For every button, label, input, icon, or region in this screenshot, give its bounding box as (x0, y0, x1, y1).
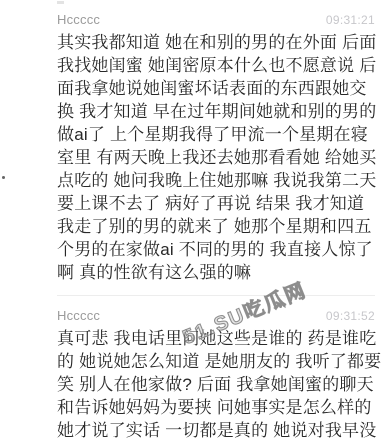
message-text-line: 笑 别人在他家做? 后面 我拿她闺蜜的聊天 (57, 373, 375, 396)
message-text-line: 换 我才知道 早在过年期间她就和别的男的 (57, 100, 375, 123)
chat-history-screen: Hccccc09:31:21其实我都知道 她在和别的男的在外面 后面我找她闺蜜 … (0, 0, 389, 443)
message-timestamp: 09:31:21 (326, 13, 375, 27)
message-header: Hccccc09:31:52 (57, 308, 375, 324)
message-text-line: 我找她闺蜜 她闺密原本什么也不愿意说 后 (57, 54, 375, 77)
message-text-line: 的 她说她怎么知道 是她朋友的 我听了都要 (57, 350, 375, 373)
message-text: 其实我都知道 她在和别的男的在外面 后面我找她闺蜜 她闺密原本什么也不愿意说 后… (57, 31, 375, 284)
message-text-line: 和告诉她妈妈为要挟 问她事实是怎么样的 (57, 396, 375, 419)
message-text-line: 室里 有两天晚上我还去她那看看她 给她买 (57, 146, 375, 169)
message-text-line: 她才说了实话 一切都是真的 她说对我早没 (57, 419, 375, 442)
message-text-line: 啊 真的性欲有这么强的嘛 (57, 261, 375, 284)
message-text-line: 点吃的 她问我晚上住她那嘛 我说我第二天 (57, 169, 375, 192)
message-text-line: 个男的在家做ai 不同的男的 我直接人惊了 (57, 238, 375, 261)
message: Hccccc09:31:21其实我都知道 她在和别的男的在外面 后面我找她闺蜜 … (0, 12, 389, 284)
message-text: 真可悲 我电话里问她这些是谁的 药是谁吃的 她说她怎么知道 是她朋友的 我听了都… (57, 327, 375, 442)
message-text-line: 面我拿她说她闺蜜坏话表面的东西跟她交 (57, 77, 375, 100)
message-text-line: 我走了别的男的就来了 她那个星期和四五 (57, 215, 375, 238)
message-text-line: 做ai了 上个星期我得了甲流一个星期在寝 (57, 123, 375, 146)
message-list: Hccccc09:31:21其实我都知道 她在和别的男的在外面 后面我找她闺蜜 … (0, 12, 389, 442)
cropped-text-artifact (57, 1, 64, 4)
artifact-dot (2, 176, 5, 179)
message-divider (57, 295, 375, 296)
message-text-line: 其实我都知道 她在和别的男的在外面 后面 (57, 31, 375, 54)
sender-name: Hccccc (57, 308, 100, 323)
message: Hccccc09:31:52真可悲 我电话里问她这些是谁的 药是谁吃的 她说她怎… (0, 308, 389, 442)
sender-name: Hccccc (57, 12, 100, 27)
message-timestamp: 09:31:52 (326, 309, 375, 323)
message-text-line: 要上课不去了 病好了再说 结果 我才知道 (57, 192, 375, 215)
message-text-line: 真可悲 我电话里问她这些是谁的 药是谁吃 (57, 327, 375, 350)
message-header: Hccccc09:31:21 (57, 12, 375, 28)
